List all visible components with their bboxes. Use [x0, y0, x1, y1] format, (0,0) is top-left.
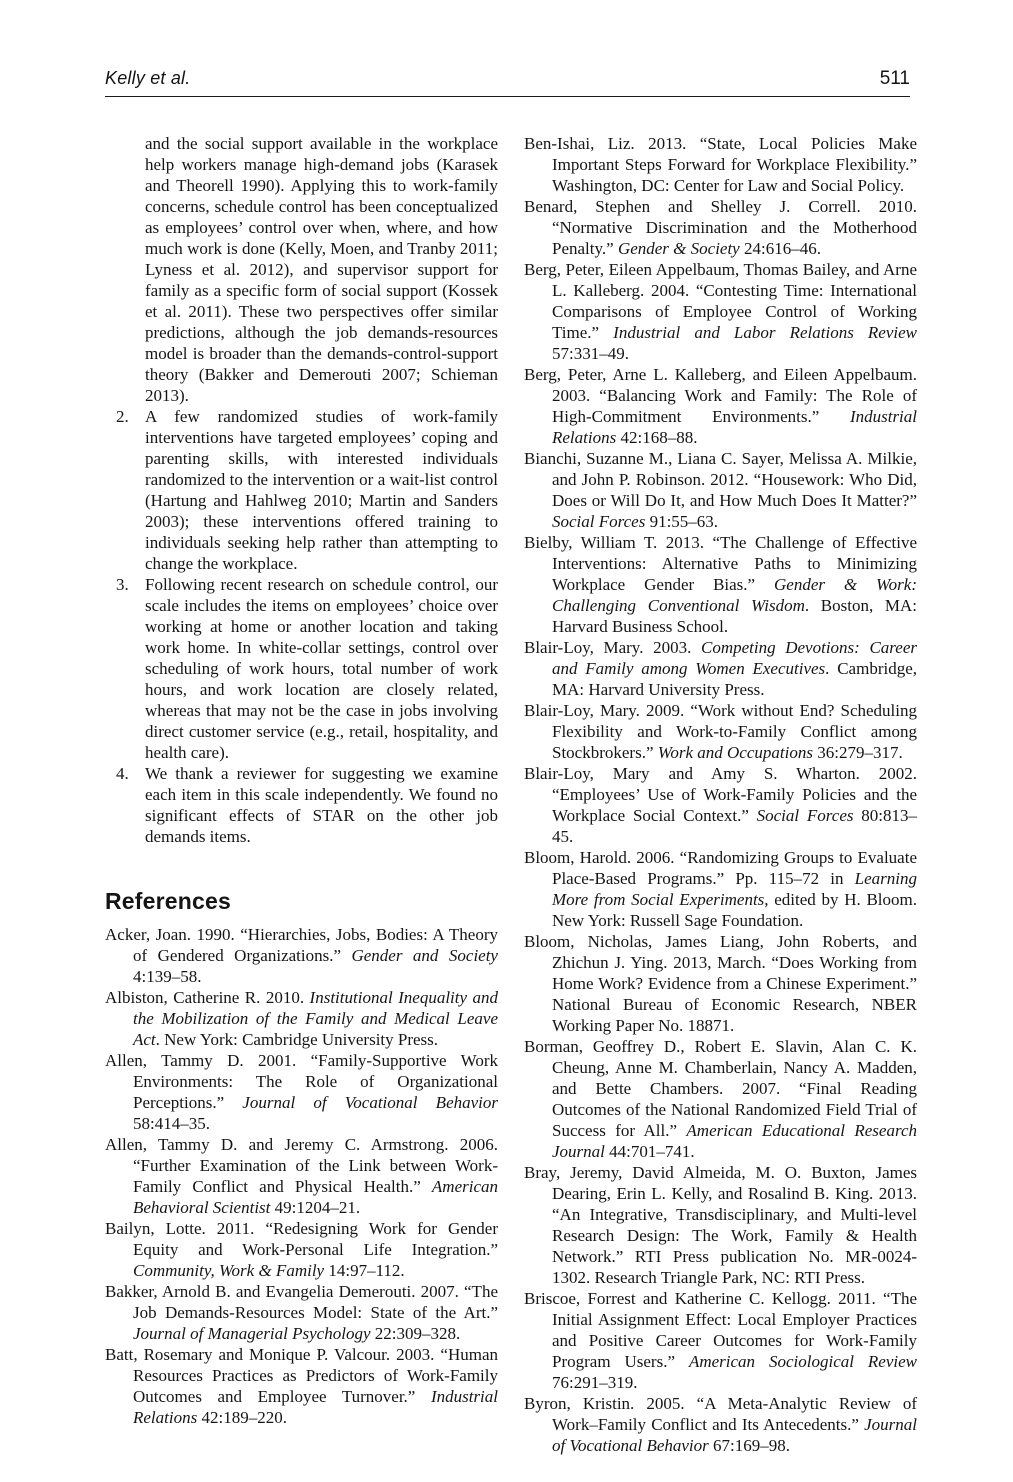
- endnote-number: 2.: [105, 406, 145, 574]
- reference-entry: Albiston, Catherine R. 2010. Institution…: [105, 987, 498, 1050]
- endnote-number: 3.: [105, 574, 145, 763]
- paper-page: Kelly et al. 511 and the social support …: [0, 0, 1013, 1482]
- endnote: 2.A few randomized studies of work-famil…: [105, 406, 498, 574]
- left-column: and the social support available in the …: [105, 133, 498, 1456]
- endnote: 4.We thank a reviewer for suggesting we …: [105, 763, 498, 847]
- page-number: 511: [880, 68, 910, 90]
- endnote: and the social support available in the …: [105, 133, 498, 406]
- endnote-number: [105, 133, 145, 406]
- reference-entry: Berg, Peter, Eileen Appelbaum, Thomas Ba…: [524, 259, 917, 364]
- endnotes-list: and the social support available in the …: [105, 133, 498, 847]
- references-heading: References: [105, 891, 498, 912]
- reference-entry: Briscoe, Forrest and Katherine C. Kellog…: [524, 1288, 917, 1393]
- header-rule: [105, 96, 910, 97]
- reference-entry: Benard, Stephen and Shelley J. Correll. …: [524, 196, 917, 259]
- reference-entry: Bianchi, Suzanne M., Liana C. Sayer, Mel…: [524, 448, 917, 532]
- references-right: Ben-Ishai, Liz. 2013. “State, Local Poli…: [524, 133, 917, 1456]
- endnote-text: and the social support available in the …: [145, 133, 498, 406]
- reference-entry: Allen, Tammy D. and Jeremy C. Armstrong.…: [105, 1134, 498, 1218]
- reference-entry: Allen, Tammy D. 2001. “Family-Supportive…: [105, 1050, 498, 1134]
- reference-entry: Bray, Jeremy, David Almeida, M. O. Buxto…: [524, 1162, 917, 1288]
- reference-entry: Batt, Rosemary and Monique P. Valcour. 2…: [105, 1344, 498, 1428]
- endnote-text: A few randomized studies of work-family …: [145, 406, 498, 574]
- reference-entry: Bloom, Harold. 2006. “Randomizing Groups…: [524, 847, 917, 931]
- endnote: 3.Following recent research on schedule …: [105, 574, 498, 763]
- reference-entry: Acker, Joan. 1990. “Hierarchies, Jobs, B…: [105, 924, 498, 987]
- reference-entry: Bielby, William T. 2013. “The Challenge …: [524, 532, 917, 637]
- endnote-number: 4.: [105, 763, 145, 847]
- reference-entry: Ben-Ishai, Liz. 2013. “State, Local Poli…: [524, 133, 917, 196]
- reference-entry: Blair-Loy, Mary and Amy S. Wharton. 2002…: [524, 763, 917, 847]
- reference-entry: Bakker, Arnold B. and Evangelia Demerout…: [105, 1281, 498, 1344]
- right-column: Ben-Ishai, Liz. 2013. “State, Local Poli…: [524, 133, 917, 1456]
- reference-entry: Blair-Loy, Mary. 2009. “Work without End…: [524, 700, 917, 763]
- running-head-authors: Kelly et al.: [105, 68, 190, 89]
- reference-entry: Bailyn, Lotte. 2011. “Redesigning Work f…: [105, 1218, 498, 1281]
- reference-entry: Berg, Peter, Arne L. Kalleberg, and Eile…: [524, 364, 917, 448]
- references-left: Acker, Joan. 1990. “Hierarchies, Jobs, B…: [105, 924, 498, 1428]
- endnote-text: We thank a reviewer for suggesting we ex…: [145, 763, 498, 847]
- two-column-body: and the social support available in the …: [105, 133, 917, 1456]
- reference-entry: Byron, Kristin. 2005. “A Meta-Analytic R…: [524, 1393, 917, 1456]
- reference-entry: Borman, Geoffrey D., Robert E. Slavin, A…: [524, 1036, 917, 1162]
- endnote-text: Following recent research on schedule co…: [145, 574, 498, 763]
- reference-entry: Bloom, Nicholas, James Liang, John Rober…: [524, 931, 917, 1036]
- running-header: Kelly et al. 511: [105, 68, 910, 90]
- reference-entry: Blair-Loy, Mary. 2003. Competing Devotio…: [524, 637, 917, 700]
